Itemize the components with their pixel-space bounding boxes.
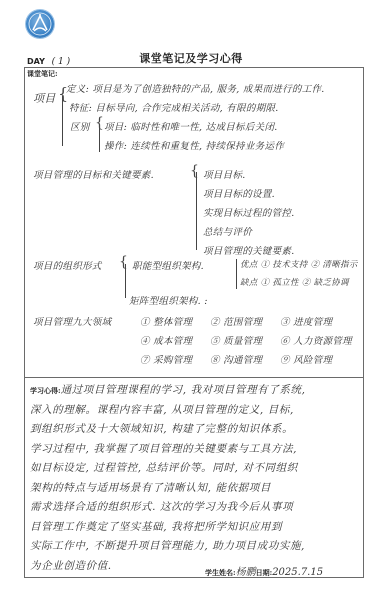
bracket-line xyxy=(125,264,126,298)
project-definition: 定义: 项目是为了创造独特的产品, 服务, 成果而进行的工作. xyxy=(66,81,325,95)
brace-icon: { xyxy=(119,255,128,269)
day-value: ( 1 ) xyxy=(52,57,70,67)
difference-label: 区别 xyxy=(70,119,90,133)
matrix-structure: 矩阵型组织架构. : xyxy=(129,293,208,307)
project-term: 项目 xyxy=(33,90,56,106)
goals-term: 项目管理的目标和关键要素. xyxy=(33,167,154,181)
functional-structure: 职能型组织架构. xyxy=(132,258,204,272)
reflection-line: 如目标设定, 过程管控, 总结评价等。同时, 对不同组织 xyxy=(30,459,360,479)
bracket-line xyxy=(236,259,237,289)
goal-item: 项目管理的关键要素. xyxy=(203,243,295,257)
reflection-line: 需求选择合适的组织形式. 这次的学习为我今后从事项 xyxy=(30,498,360,518)
knowledge-area: ⑦ 采购管理 xyxy=(140,352,192,366)
difference-project: 项目: 临时性和唯一性, 达成目标后关闭. xyxy=(104,119,278,133)
reflection-line: 目管理工作奠定了坚实基础, 我将把所学知识应用到 xyxy=(30,518,360,538)
difference-operation: 操作: 连续性和重复性, 持续保持业务运作 xyxy=(104,138,284,152)
bracket-line xyxy=(99,124,100,152)
knowledge-area: ② 范围管理 xyxy=(210,314,262,328)
goal-item: 项目目标. xyxy=(203,167,246,181)
date-value: 2025.7.15 xyxy=(272,567,323,578)
date-label: 日期: xyxy=(256,568,273,577)
goal-item: 总结与评价 xyxy=(203,224,252,238)
reflection-line: 到组织形式及十大领域知识, 构建了完整的知识体系。 xyxy=(30,420,360,440)
reflection-line: 实际工作中, 不断提升项目管理能力, 助力项目成功实施, xyxy=(30,537,360,557)
section-divider xyxy=(24,377,364,378)
knowledge-area: ⑧ 沟通管理 xyxy=(210,352,262,366)
bracket-line xyxy=(196,172,197,250)
project-features: 特征: 目标导向, 合作完成相关活动, 有限的期限. xyxy=(69,100,279,114)
bracket-line xyxy=(62,96,63,146)
goal-item: 实现目标过程的管控. xyxy=(203,205,295,219)
day-label: DAY xyxy=(27,57,45,66)
knowledge-area: ⑥ 人力资源管理 xyxy=(280,333,352,347)
functional-pros: 优点 ① 技术支持 ② 清晰指示 xyxy=(240,258,358,270)
reflection-line: 深入的理解。课程内容丰富, 从项目管理的定义, 目标, xyxy=(30,401,360,421)
org-forms-term: 项目的组织形式 xyxy=(33,258,102,272)
goal-item: 项目目标的设置. xyxy=(203,186,275,200)
knowledge-areas-term: 项目管理九大领域 xyxy=(33,314,111,328)
reflection-line: 架构的特点与适用场景有了清晰认知, 能依据项目 xyxy=(30,479,360,499)
knowledge-area: ③ 进度管理 xyxy=(280,314,332,328)
reflection-line: 学习心得:通过项目管理课程的学习, 我对项目管理有了系统, xyxy=(30,381,360,401)
class-notes-label: 课堂笔记: xyxy=(27,69,58,79)
reflection-label: 学习心得: xyxy=(30,386,61,395)
knowledge-area: ⑨ 风险管理 xyxy=(280,352,332,366)
student-name-value: 杨鹏 xyxy=(236,567,256,578)
knowledge-area: ⑤ 质量管理 xyxy=(210,333,262,347)
school-emblem-icon xyxy=(26,10,54,38)
student-name-label: 学生姓名: xyxy=(205,568,236,577)
reflection-text: 学习心得:通过项目管理课程的学习, 我对项目管理有了系统, 深入的理解。课程内容… xyxy=(30,381,360,576)
knowledge-area: ④ 成本管理 xyxy=(140,333,192,347)
signature-line: 学生姓名:杨鹏日期:2025.7.15 xyxy=(205,563,323,578)
reflection-line: 学习过程中, 我掌握了项目管理的关键要素与工具方法, xyxy=(30,440,360,460)
knowledge-area: ① 整体管理 xyxy=(140,314,192,328)
day-indicator: DAY ( 1 ) xyxy=(27,57,70,67)
brace-icon: { xyxy=(190,164,199,178)
functional-cons: 缺点 ① 孤立性 ② 缺乏协调 xyxy=(240,276,349,288)
